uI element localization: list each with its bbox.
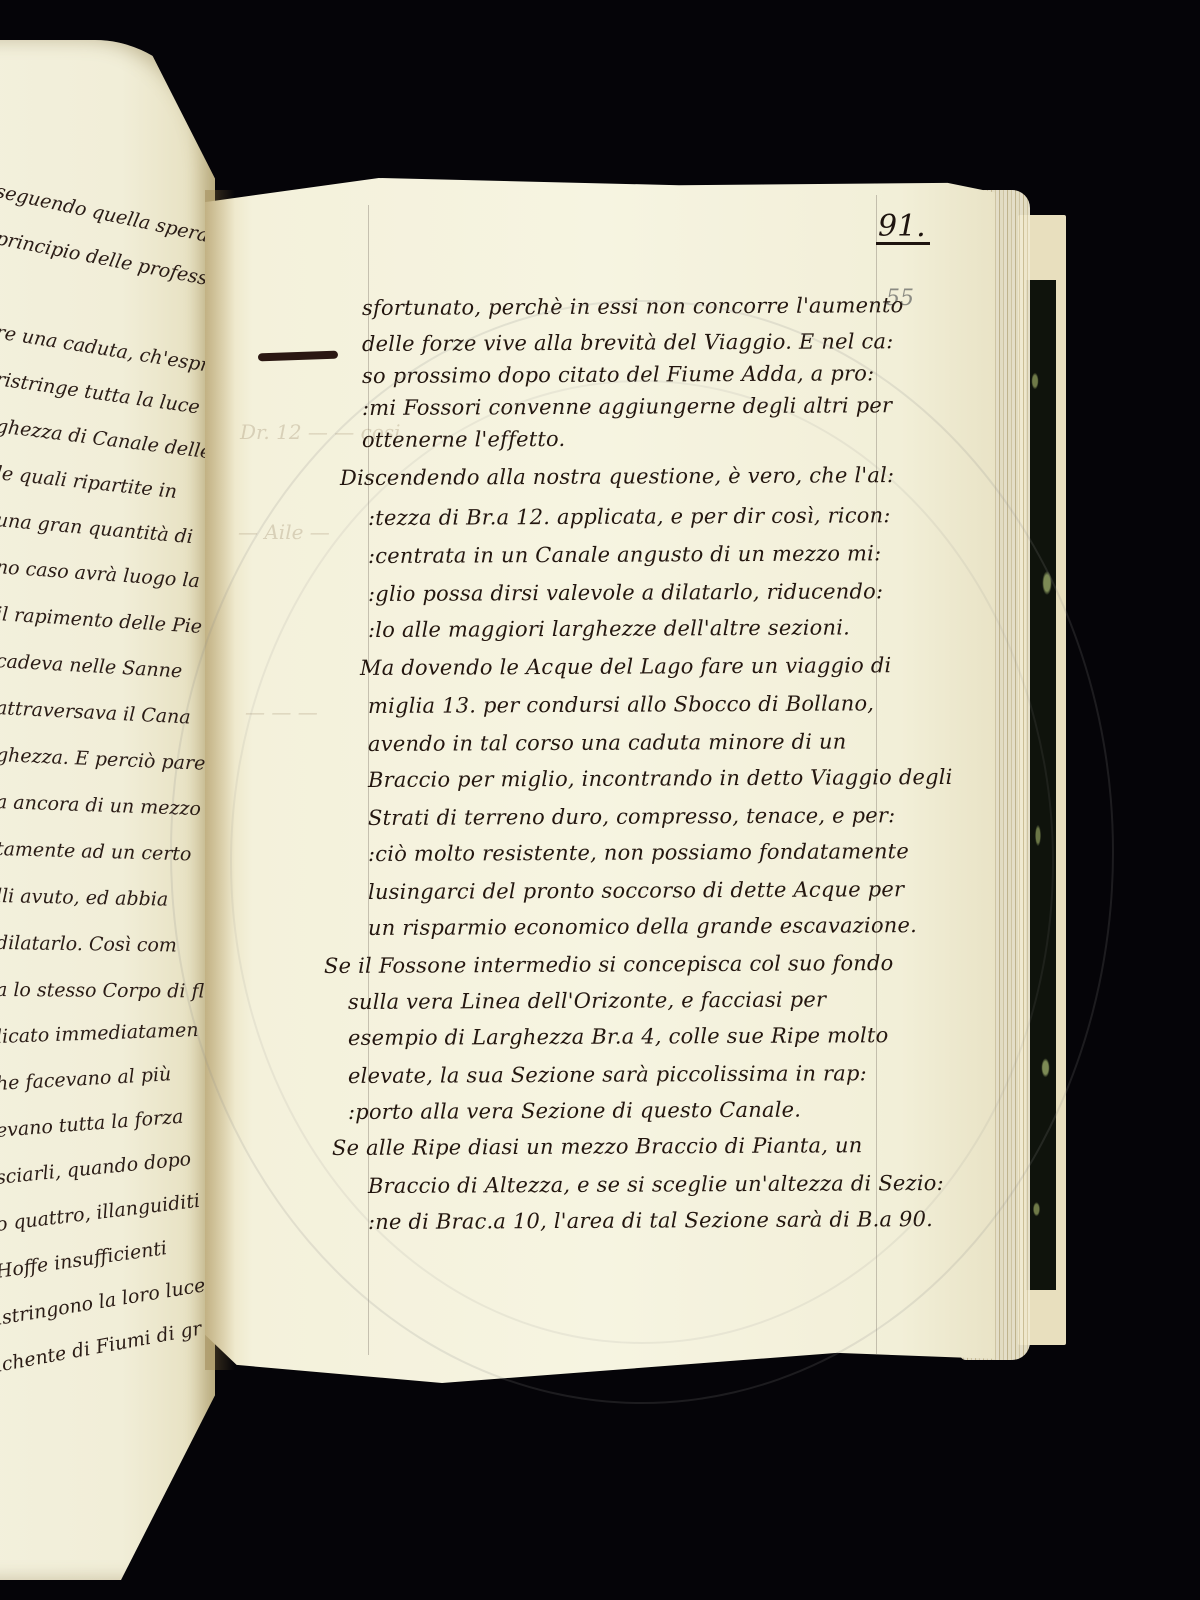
manuscript-line: miglia 13. per condursi allo Sbocco di B… [368,691,874,718]
manuscript-line: :lo alle maggiori larghezze dell'altre s… [368,615,850,642]
manuscript-line: lusingarci del pronto soccorso di dette … [368,877,904,904]
manuscript-line: re una caduta, ch'esprime [0,321,210,380]
manuscript-line: ristringe tutta la luce [0,368,210,423]
manuscript-line: una gran quantità di [0,509,210,552]
manuscript-line: a lo stesso Corpo di fl [0,979,210,1003]
manuscript-line: :ciò molto resistente, non possiamo fond… [368,839,909,866]
manuscript-line: :porto alla vera Sezione di questo Canal… [348,1098,801,1124]
manuscript-line: a ancora di un mezzo [0,791,210,821]
manuscript-line: :glio possa dirsi valevole a dilatarlo, … [368,579,883,606]
manuscript-line: ghezza. E perciò pare [0,744,210,776]
manuscript-line: Se alle Ripe diasi un mezzo Braccio di P… [332,1133,863,1160]
manuscript-line: :centrata in un Canale angusto di un mez… [368,541,881,568]
manuscript-line: licato immediatamen [0,1018,210,1048]
manuscript-line: attraversava il Cana [0,697,210,731]
manuscript-line: sciarli, quando dopo [0,1144,210,1189]
left-page-text: seguendo quella speranprincipio delle pr… [0,170,210,1400]
manuscript-line: Discendendo alla nostra questione, è ver… [340,463,894,490]
bleed-through-text: — Aile — [238,520,330,544]
manuscript-photo: seguendo quella speranprincipio delle pr… [0,0,1200,1600]
manuscript-line: o quattro, illanguiditi [0,1186,210,1236]
manuscript-line: elevate, la sua Sezione sarà piccolissim… [348,1061,867,1088]
manuscript-line: Braccio di Altezza, e se si sceglie un'a… [368,1171,944,1198]
gutter-shadow [205,190,235,1370]
manuscript-line: Braccio per miglio, incontrando in detto… [368,765,953,792]
manuscript-line: Ma dovendo le Acque del Lago fare un via… [360,653,892,680]
page-number: 91. [876,212,930,245]
manuscript-line: :mi Fossori convenne aggiungerne degli a… [362,393,892,420]
manuscript-line: Strati di terreno duro, compresso, tenac… [368,803,896,830]
manuscript-line: dilatarlo. Così com [0,932,210,957]
marbled-cover [1026,280,1056,1290]
manuscript-line: le quali ripartite in [0,462,210,509]
manuscript-line: tamente ad un certo [0,838,210,867]
manuscript-line: il rapimento delle Pie [0,603,210,640]
manuscript-line: ottenerne l'effetto. [362,427,565,452]
manuscript-line: ghezza di Canale delle [0,415,210,466]
manuscript-line: Hoffe insufficienti [0,1228,210,1283]
manuscript-line: :ne di Brac.a 10, l'area di tal Sezione … [368,1207,933,1234]
manuscript-line: avendo in tal corso una caduta minore di… [368,729,847,756]
bleed-through-text: — — — [245,700,318,724]
manuscript-line: so prossimo dopo citato del Fiume Adda, … [362,361,874,388]
manuscript-line: no caso avrà luogo la [0,556,210,595]
manuscript-line: lli avuto, ed abbia [0,885,210,912]
manuscript-line: he facevano al più [0,1060,210,1095]
manuscript-line: delle forze vive alla brevità del Viaggi… [362,329,894,356]
manuscript-line: sulla vera Linea dell'Orizonte, e faccia… [348,987,826,1014]
manuscript-line: Se il Fossone intermedio si concepisca c… [324,951,894,978]
manuscript-line: evano tutta la forza [0,1102,210,1142]
manuscript-line: :tezza di Br.a 12. applicata, e per dir … [368,503,891,530]
manuscript-line: cadeva nelle Sanne [0,650,210,685]
manuscript-line: un risparmio economico della grande esca… [368,913,917,940]
manuscript-line: esempio di Larghezza Br.a 4, colle sue R… [348,1023,889,1050]
manuscript-line: sfortunato, perchè in essi non concorre … [362,293,904,320]
